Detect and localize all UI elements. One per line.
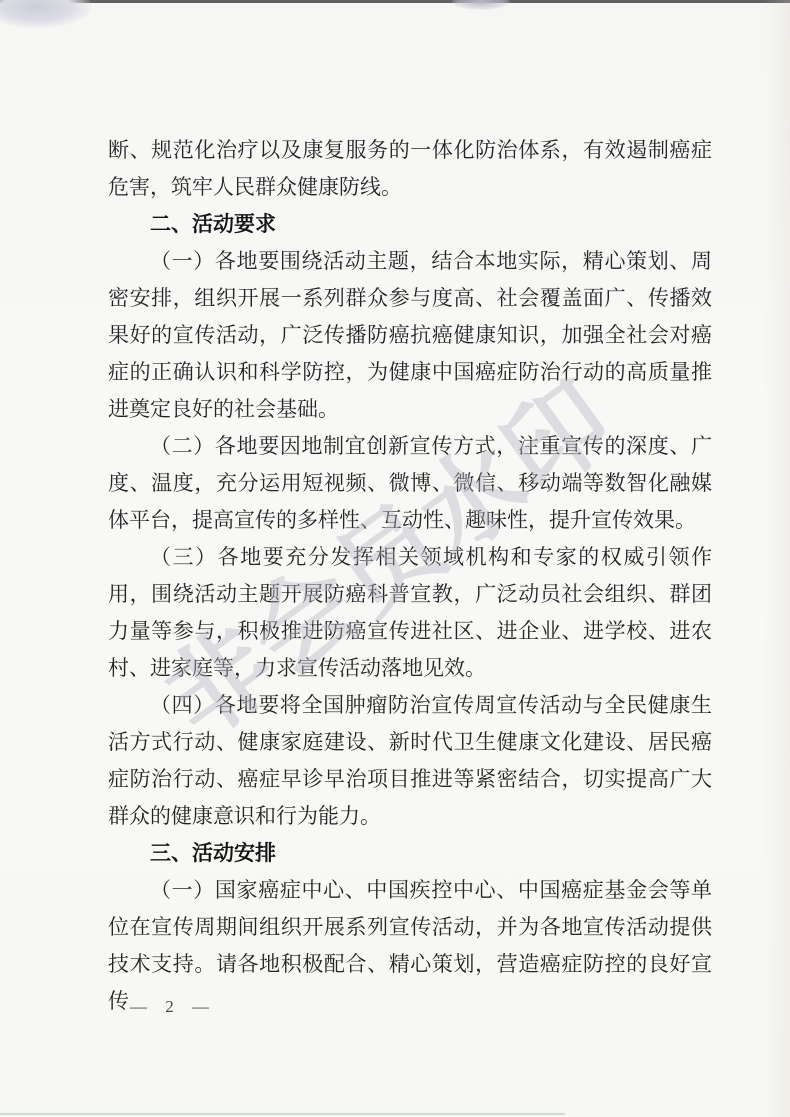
section-heading: 二、活动要求 — [108, 206, 712, 243]
scan-bottom-edge-artifact — [0, 1113, 565, 1115]
scan-top-blob-artifact — [452, 0, 510, 10]
scan-corner-blob-artifact — [0, 0, 92, 28]
section-heading: 三、活动安排 — [108, 835, 712, 872]
document-body: 断、规范化治疗以及康复服务的一体化防治体系，有效遏制癌症危害，筑牢人民群众健康防… — [108, 132, 712, 1020]
paragraph: （三）各地要充分发挥相关领域机构和专家的权威引领作用，围绕活动主题开展防癌科普宣… — [108, 539, 712, 687]
scanned-document-page: 断、规范化治疗以及康复服务的一体化防治体系，有效遏制癌症危害，筑牢人民群众健康防… — [0, 0, 790, 1117]
scan-right-shading-artifact — [764, 0, 790, 1117]
scan-top-edge-artifact — [0, 0, 790, 3]
paragraph: （一）各地要围绕活动主题，结合本地实际，精心策划、周密安排，组织开展一系列群众参… — [108, 243, 712, 428]
paragraph: 断、规范化治疗以及康复服务的一体化防治体系，有效遏制癌症危害，筑牢人民群众健康防… — [108, 132, 712, 206]
paragraph: （四）各地要将全国肿瘤防治宣传周宣传活动与全民健康生活方式行动、健康家庭建设、新… — [108, 687, 712, 835]
page-number: — 2 — — [130, 997, 216, 1017]
paragraph: （二）各地要因地制宜创新宣传方式，注重宣传的深度、广度、温度，充分运用短视频、微… — [108, 428, 712, 539]
